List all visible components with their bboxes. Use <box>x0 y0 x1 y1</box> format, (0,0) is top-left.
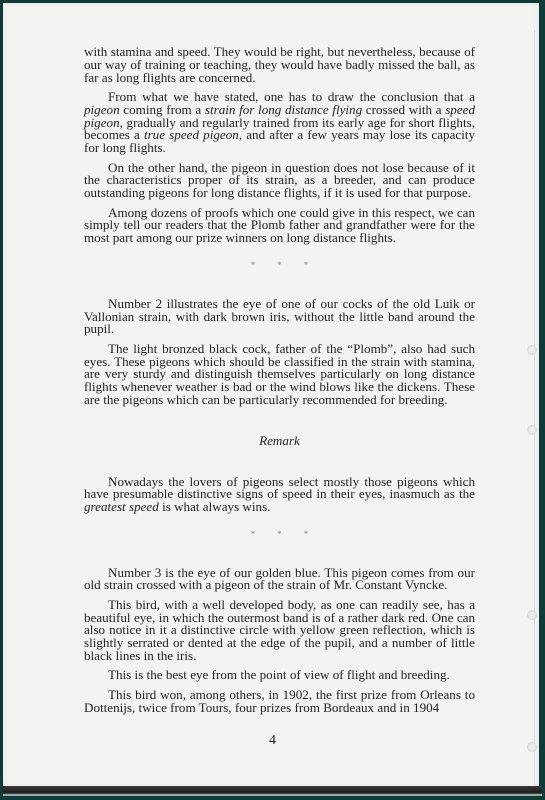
binding-hole-icon <box>527 425 537 435</box>
binding-hole-icon <box>527 345 537 355</box>
paragraph: Number 3 is the eye of our golden blue. … <box>84 567 475 593</box>
emphasis: greatest speed <box>84 499 159 514</box>
paragraph: Among dozens of proofs which one could g… <box>84 207 475 245</box>
paragraph: This bird won, among others, in 1902, th… <box>84 689 475 715</box>
binding-hole-icon <box>527 610 537 620</box>
emphasis: strain for long distance flying <box>205 102 362 117</box>
section-heading: Remark <box>84 435 475 448</box>
section-separator: *** <box>84 259 475 272</box>
paragraph: The light bronzed black cock, father of … <box>84 343 475 407</box>
paragraph: Number 2 illustrates the eye of one of o… <box>84 298 475 336</box>
paragraph: This bird, with a well developed body, a… <box>84 599 475 663</box>
paragraph: From what we have stated, one has to dra… <box>84 91 475 155</box>
page-bottom-edge-highlight <box>3 794 542 796</box>
section-separator: *** <box>84 528 475 541</box>
paragraph: This is the best eye from the point of v… <box>84 669 475 682</box>
paragraph: Nowadays the lovers of pigeons select mo… <box>84 476 475 514</box>
paragraph: On the other hand, the pigeon in questio… <box>84 162 475 200</box>
emphasis: true speed pigeon <box>144 127 239 142</box>
page-number: 4 <box>0 733 545 749</box>
page-body: with stamina and speed. They would be ri… <box>84 46 475 721</box>
binding-line <box>534 30 535 785</box>
paragraph: with stamina and speed. They would be ri… <box>84 46 475 84</box>
